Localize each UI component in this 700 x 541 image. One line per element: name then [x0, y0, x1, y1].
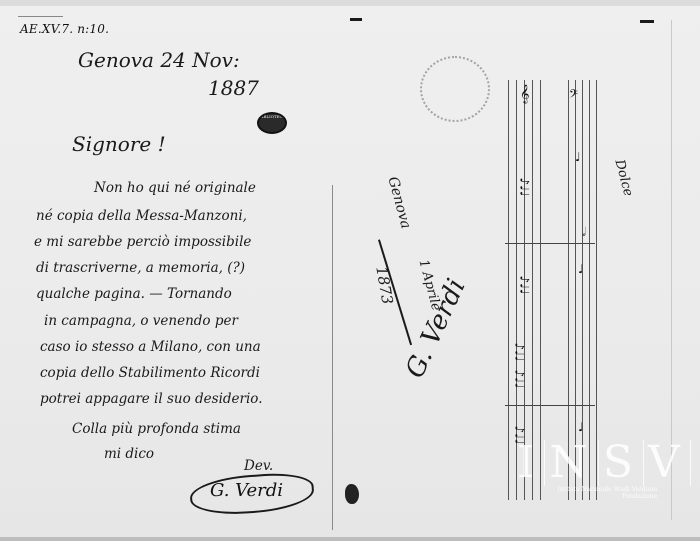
watermark-subtitle: Istituto Nazionale Studi Verdiani Fondaz… [557, 486, 657, 500]
bar-line [505, 243, 595, 244]
watermark-letter: S [599, 440, 644, 486]
letter-line: in campagna, o venendo per [44, 313, 238, 329]
watermark-letters: I N S V [513, 440, 663, 486]
clef-icon: 𝄢 [569, 88, 578, 104]
photo-top-edge [0, 0, 700, 6]
letter-year: 1887 [208, 76, 259, 100]
watermark-letter: V [644, 440, 691, 486]
note-icon: ♩ [575, 150, 581, 164]
letter-line: mi dico [104, 446, 154, 462]
note-icon: ♪♩♩ [517, 276, 531, 295]
note-icon: ♪♩♩ [512, 370, 526, 389]
letter-line: Non ho qui né originale [94, 180, 256, 196]
letter-line: di trascriverne, a memoria, (?) [36, 260, 245, 276]
watermark-letter: I [513, 440, 545, 486]
letter-closing: Dev. [244, 458, 273, 474]
page-fold-line [332, 185, 333, 530]
note-icon: 𝅗𝅥 [582, 225, 586, 240]
tempo-marking: Dolce [612, 158, 636, 198]
watermark-subtitle-line: Fondazione [557, 493, 657, 500]
note-icon: ♩ [578, 262, 584, 276]
edge-mark [640, 20, 654, 23]
letter-line: qualche pagina. — Tornando [36, 286, 232, 302]
round-stamp-icon [420, 56, 490, 122]
bar-line [505, 405, 595, 406]
insv-watermark: I N S V Istituto Nazionale Studi Verdian… [513, 440, 663, 502]
letter-line: e mi sarebbe perciò impossibile [34, 234, 251, 250]
letter-line: né copia della Messa-Manzoni, [36, 208, 247, 224]
letter-line: copia dello Stabilimento Ricordi [40, 365, 260, 381]
watermark-letter: N [545, 440, 599, 486]
stamp-text: BIBLIOTECA [259, 114, 286, 119]
letter-line: caso io stesso a Milano, con una [40, 339, 261, 355]
clef-icon: 𝄞 [520, 84, 529, 104]
letter-scan: AE.XV.7. n:10. Genova 24 Nov: 1887 Signo… [0, 0, 700, 541]
edge-mark [350, 18, 362, 21]
letter-line: Colla più profonda stima [72, 421, 241, 437]
shelfmark: AE.XV.7. n:10. [20, 22, 109, 36]
watermark-subtitle-line: Istituto Nazionale Studi Verdiani [557, 486, 657, 493]
photo-bottom-edge [0, 537, 700, 541]
letter-signature: G. Verdi [210, 480, 283, 501]
inscription-place: Genova [385, 175, 414, 231]
letter-page: AE.XV.7. n:10. Genova 24 Nov: 1887 Signo… [14, 10, 332, 530]
letter-line: potrei appagare il suo desiderio. [40, 391, 262, 407]
inscription-signature: G. Verdi [400, 274, 472, 382]
note-icon: ♩ [578, 420, 584, 434]
note-icon: ♪♩♩ [517, 178, 531, 197]
letter-place-date: Genova 24 Nov: [78, 48, 240, 72]
library-stamp-icon: BIBLIOTECA [257, 112, 287, 134]
note-icon: ♪♩♩ [512, 343, 526, 362]
letter-salutation: Signore ! [72, 132, 166, 156]
ink-blot-icon [345, 484, 359, 504]
